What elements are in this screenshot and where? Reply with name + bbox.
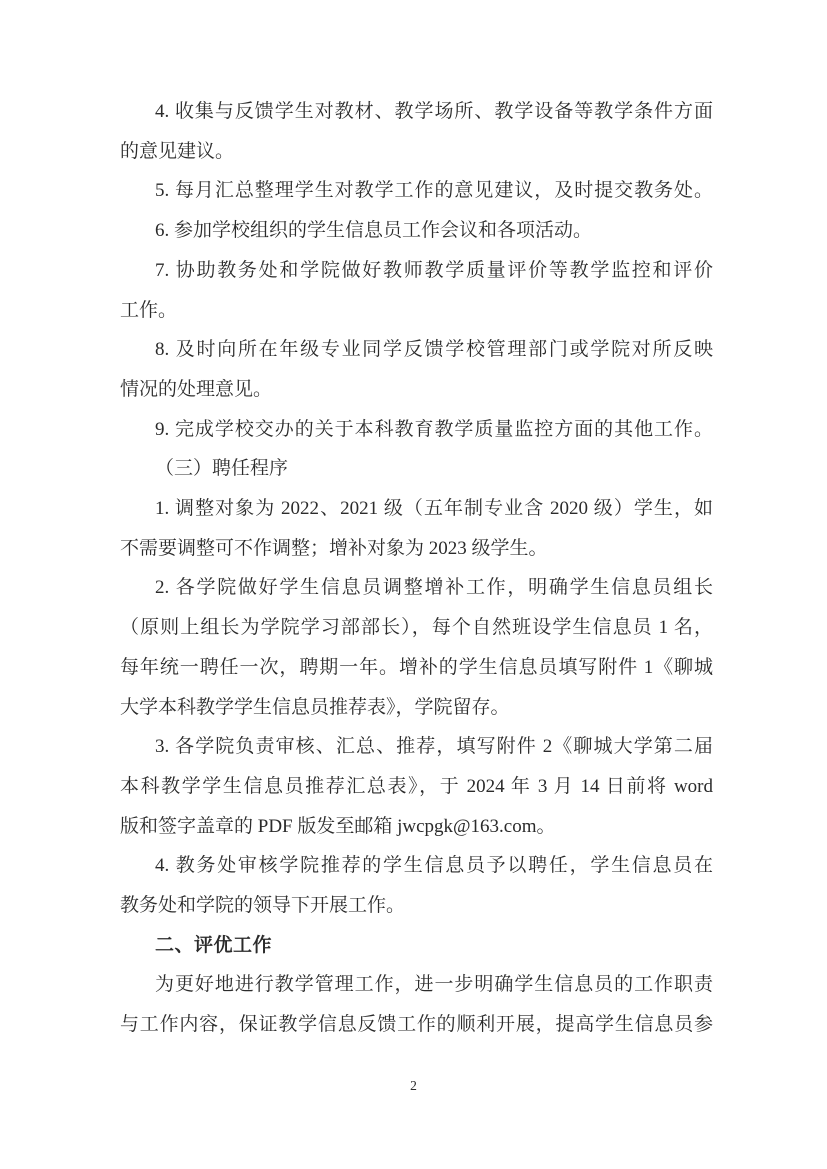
text-line: 7. 协助教务处和学院做好教师教学质量评价等教学监控和评价 (120, 251, 713, 291)
text-line: 工作。 (120, 291, 713, 331)
section-heading: 二、评优工作 (120, 926, 713, 966)
text-line: 8. 及时向所在年级专业同学反馈学校管理部门或学院对所反映 (120, 330, 713, 370)
text-line: （三）聘任程序 (120, 449, 713, 489)
page-number: 2 (0, 1078, 827, 1094)
text-line: 每年统一聘任一次，聘期一年。增补的学生信息员填写附件 1《聊城 (120, 648, 713, 688)
text-line: 2. 各学院做好学生信息员调整增补工作，明确学生信息员组长 (120, 568, 713, 608)
text-line: 版和签字盖章的 PDF 版发至邮箱 jwcpgk@163.com。 (120, 807, 713, 847)
text-line: 9. 完成学校交办的关于本科教育教学质量监控方面的其他工作。 (120, 410, 713, 450)
text-line: 1. 调整对象为 2022、2021 级（五年制专业含 2020 级）学生，如 (120, 489, 713, 529)
document-body: 4. 收集与反馈学生对教材、教学场所、教学设备等教学条件方面的意见建议。5. 每… (120, 92, 713, 1045)
text-line: 本科教学学生信息员推荐汇总表》，于 2024 年 3 月 14 日前将 word (120, 767, 713, 807)
text-line: 与工作内容，保证教学信息反馈工作的顺利开展，提高学生信息员参 (120, 1005, 713, 1045)
text-line: 3. 各学院负责审核、汇总、推荐，填写附件 2《聊城大学第二届 (120, 727, 713, 767)
text-line: 4. 教务处审核学院推荐的学生信息员予以聘任，学生信息员在 (120, 846, 713, 886)
text-line: 5. 每月汇总整理学生对教学工作的意见建议，及时提交教务处。 (120, 171, 713, 211)
text-line: 不需要调整可不作调整；增补对象为 2023 级学生。 (120, 529, 713, 569)
text-line: 6. 参加学校组织的学生信息员工作会议和各项活动。 (120, 211, 713, 251)
text-line: 大学本科教学学生信息员推荐表》，学院留存。 (120, 688, 713, 728)
text-line: 为更好地进行教学管理工作，进一步明确学生信息员的工作职责 (120, 965, 713, 1005)
text-line: 的意见建议。 (120, 132, 713, 172)
text-line: （原则上组长为学院学习部部长），每个自然班设学生信息员 1 名， (120, 608, 713, 648)
text-line: 情况的处理意见。 (120, 370, 713, 410)
document-page: 4. 收集与反馈学生对教材、教学场所、教学设备等教学条件方面的意见建议。5. 每… (0, 0, 827, 1169)
text-line: 4. 收集与反馈学生对教材、教学场所、教学设备等教学条件方面 (120, 92, 713, 132)
text-line: 教务处和学院的领导下开展工作。 (120, 886, 713, 926)
